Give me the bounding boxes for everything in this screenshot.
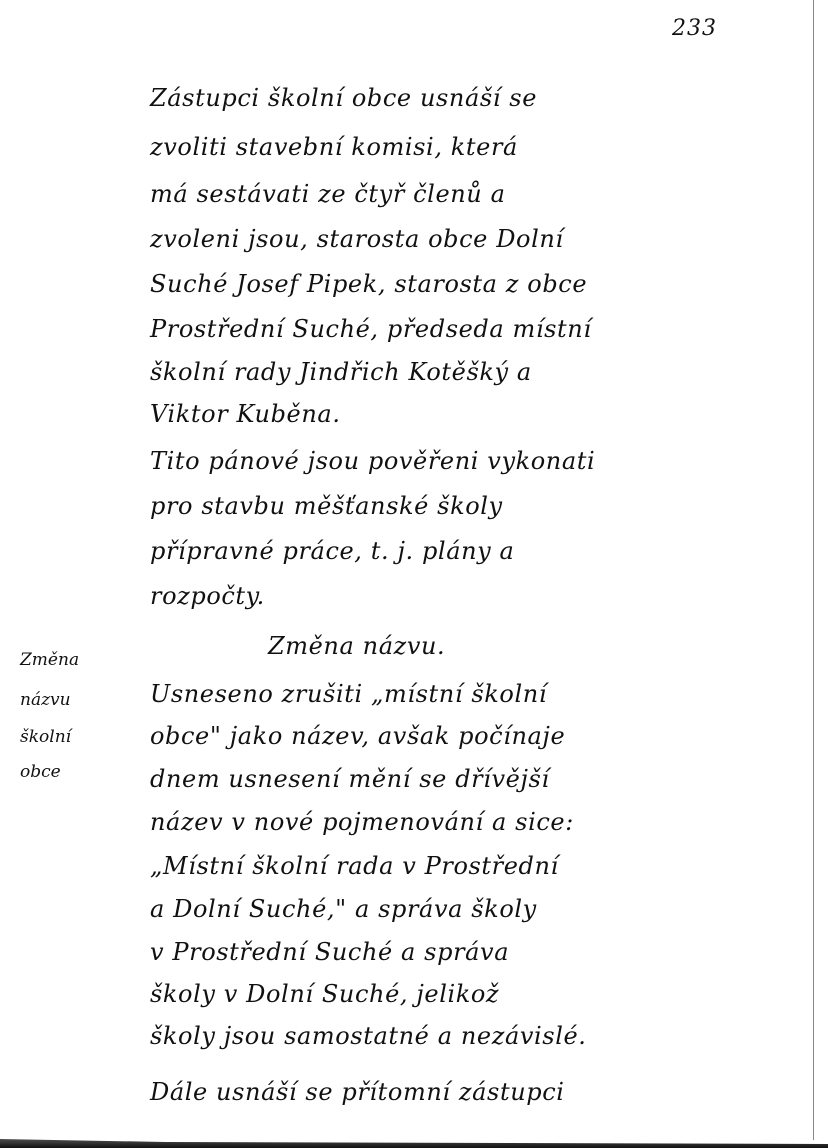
text-line: Prostřední Suché, předseda místní xyxy=(150,315,592,343)
margin-note-line: školní xyxy=(20,727,71,747)
text-line: „Místní školní rada v Prostřední xyxy=(150,852,559,880)
margin-note-line: obce xyxy=(20,762,61,782)
text-line: má sestávati ze čtyř členů a xyxy=(150,180,506,208)
text-line: školy jsou samostatné a nezávislé. xyxy=(150,1022,587,1050)
text-line: zvoliti stavební komisi, která xyxy=(150,133,518,161)
text-line: školy v Dolní Suché, jelikož xyxy=(150,980,499,1008)
text-line: rozpočty. xyxy=(150,582,265,610)
margin-note-line: Změna xyxy=(20,650,79,670)
page-edge-bottom xyxy=(0,1138,828,1148)
text-line: Tito pánové jsou pověřeni vykonati xyxy=(150,447,595,475)
text-line: a Dolní Suché," a správa školy xyxy=(150,895,537,923)
text-line: Dále usnáší se přítomní zástupci xyxy=(150,1078,565,1106)
page-edge-right xyxy=(813,0,814,1140)
text-line: obce" jako název, avšak počínaje xyxy=(150,722,565,750)
page-number: 233 xyxy=(672,16,717,41)
text-line: přípravné práce, t. j. plány a xyxy=(150,537,514,565)
text-line: Usneseno zrušiti „místní školní xyxy=(150,680,547,708)
text-line: pro stavbu měšťanské školy xyxy=(150,492,503,520)
text-line: Viktor Kuběna. xyxy=(150,400,341,428)
text-line: zvoleni jsou, starosta obce Dolní xyxy=(150,225,564,253)
text-line: název v nové pojmenování a sice: xyxy=(150,808,574,836)
text-line: dnem usnesení mění se dřívější xyxy=(150,765,550,793)
text-line: v Prostřední Suché a správa xyxy=(150,938,509,966)
text-line: školní rady Jindřich Kotěšký a xyxy=(150,358,532,386)
text-line: Zástupci školní obce usnáší se xyxy=(150,84,537,112)
margin-note-line: názvu xyxy=(20,690,71,710)
document-page: 233 Zástupci školní obce usnáší se zvoli… xyxy=(0,0,828,1148)
section-heading: Změna názvu. xyxy=(268,632,445,660)
text-line: Suché Josef Pipek, starosta z obce xyxy=(150,270,587,298)
